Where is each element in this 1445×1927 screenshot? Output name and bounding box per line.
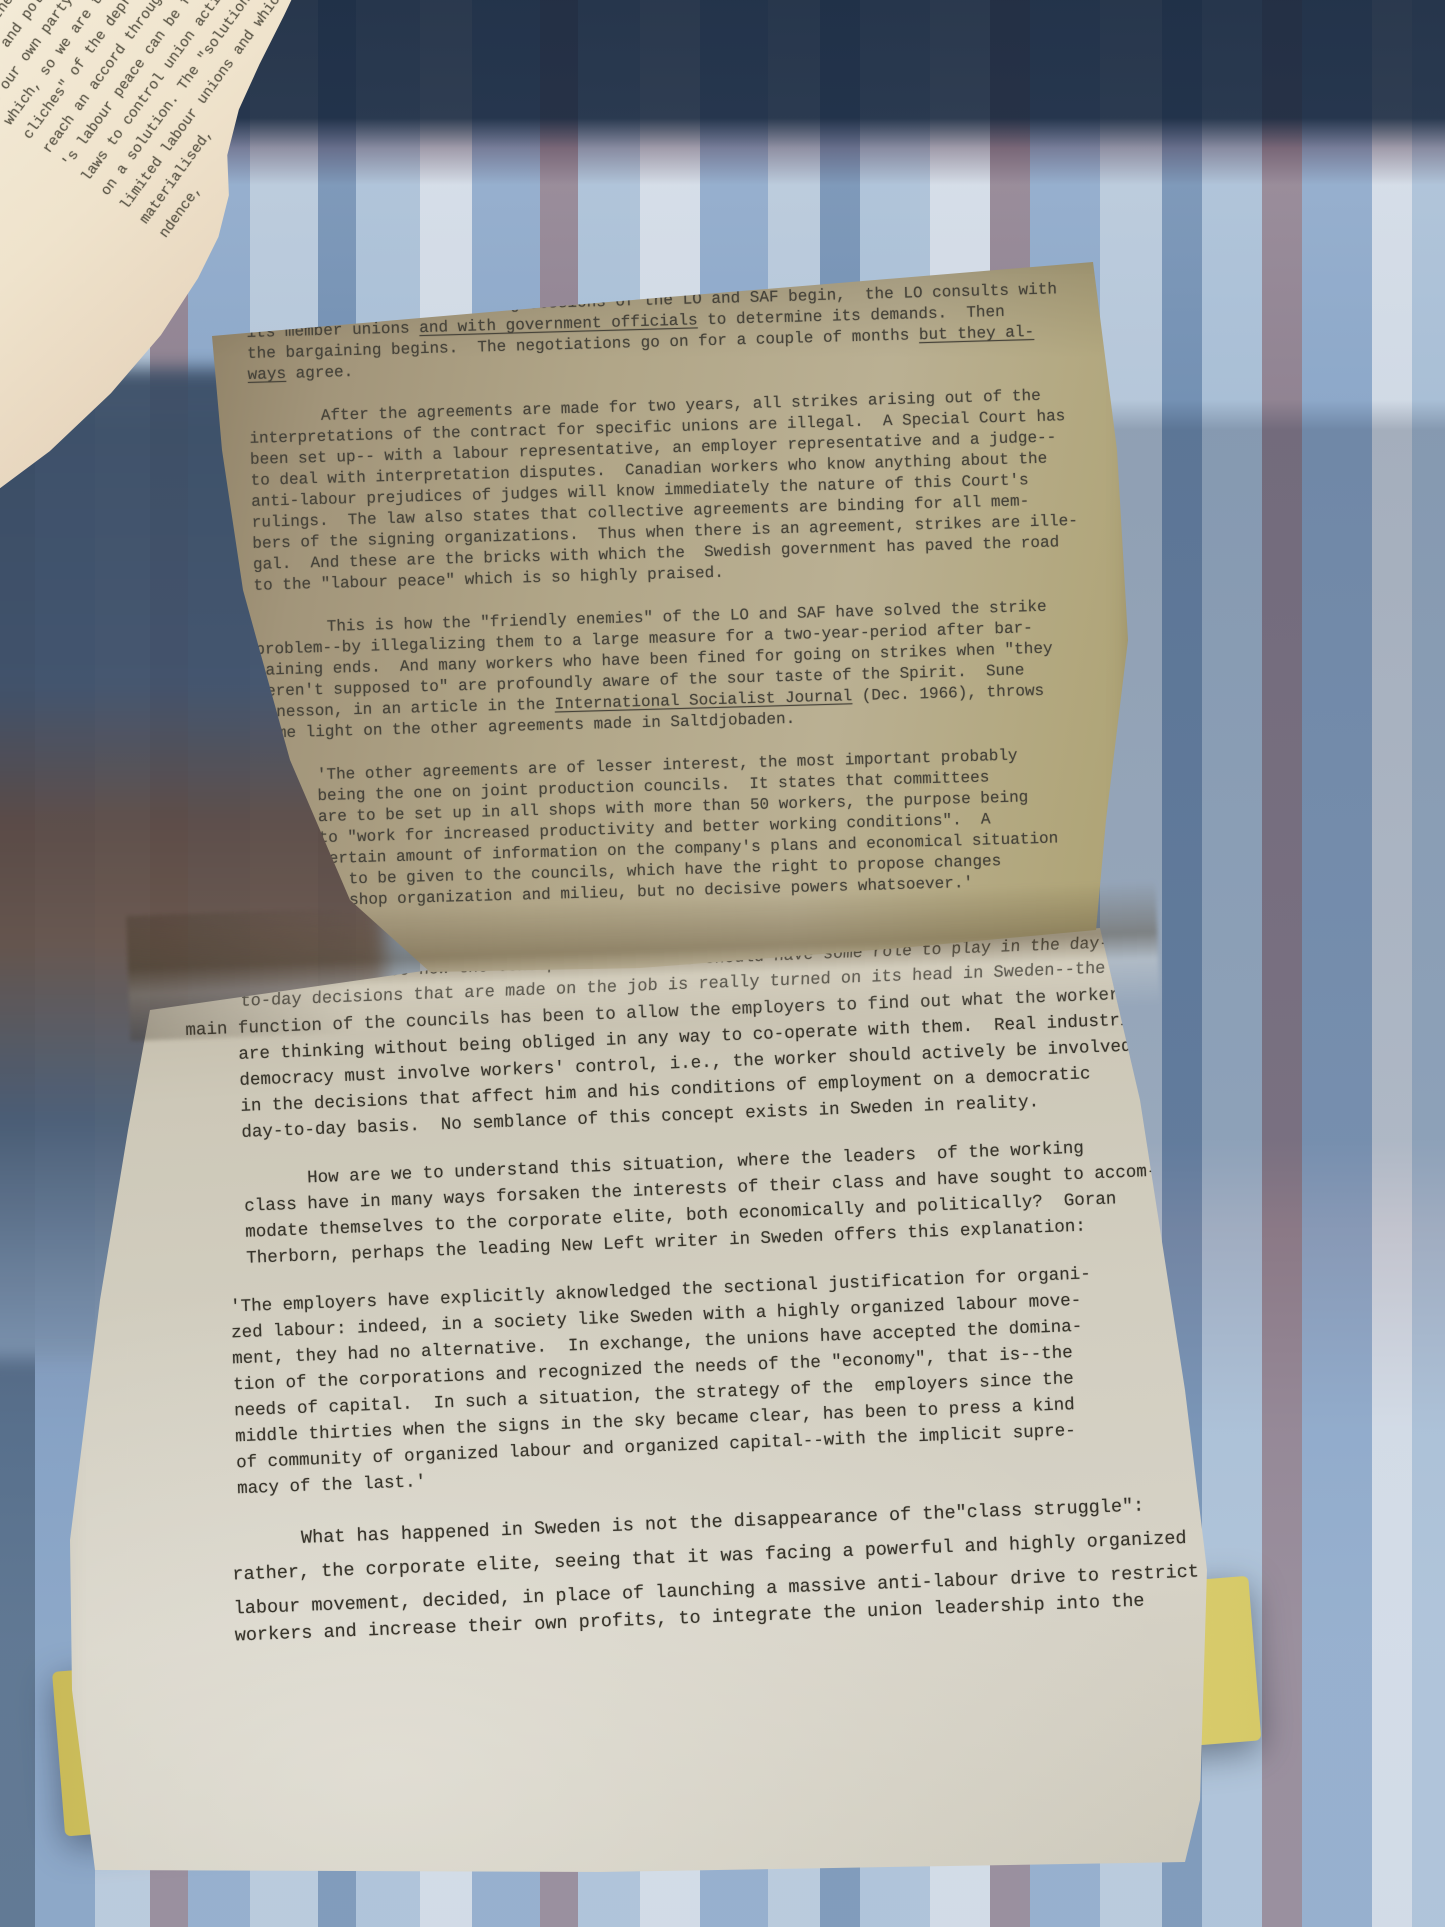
paragraph: What has happened in Sweden is not the d… bbox=[231, 1485, 1271, 1654]
paragraph: 'The other agreements are of lesser inte… bbox=[317, 742, 1143, 912]
paragraph: 'The employers have explicitly aknowledg… bbox=[230, 1255, 1265, 1502]
upper-page-text: -5- Before the bargaining sessions of th… bbox=[245, 254, 1142, 913]
underlined-text: but they al- bbox=[919, 323, 1035, 344]
lower-page-text: Thus, we can see how the concept that wo… bbox=[235, 925, 1271, 1652]
underlined-text: ways bbox=[247, 365, 286, 384]
paragraph: After the agreements are made for two ye… bbox=[249, 383, 1134, 596]
paragraph: Before the bargaining sessions of the LO… bbox=[246, 277, 1128, 386]
paragraph: How are we to understand this situation,… bbox=[243, 1129, 1256, 1272]
upper-page: -5- Before the bargaining sessions of th… bbox=[200, 255, 1145, 990]
upper-paragraphs: Before the bargaining sessions of the LO… bbox=[246, 277, 1143, 913]
photo-scene: Thus, we can see how the concept that wo… bbox=[0, 0, 1445, 1927]
paragraph: This is how the "friendly enemies" of th… bbox=[254, 594, 1137, 745]
lower-page: Thus, we can see how the concept that wo… bbox=[40, 920, 1270, 1910]
flipped-page-text: RELATIONSmaintain the "labour peace" whi… bbox=[0, 0, 423, 244]
